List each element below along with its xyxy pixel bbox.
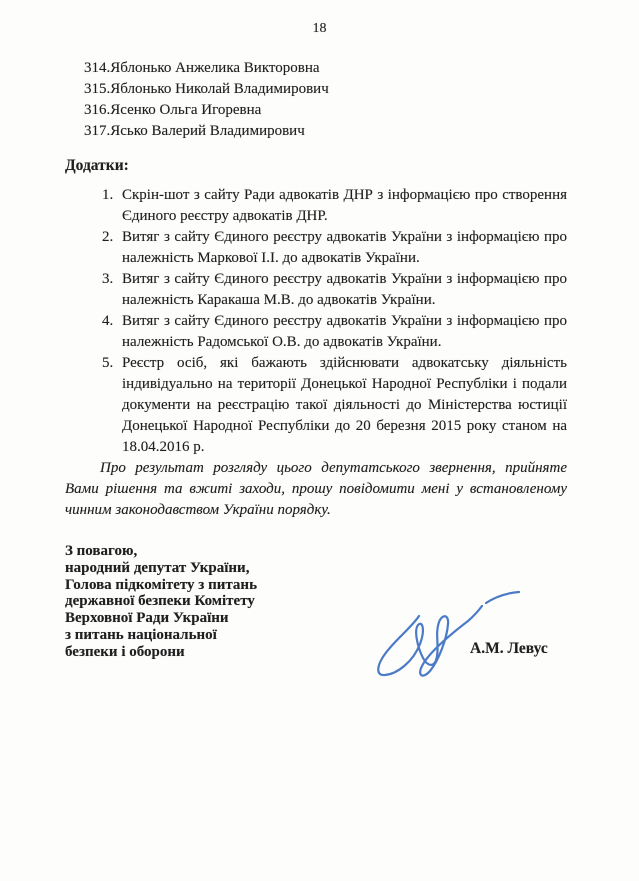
attachment-item: 3. Витяг з сайту Єдиного реєстру адвокат…	[102, 269, 567, 311]
signer-name: А.М. Левус	[470, 640, 548, 658]
handwritten-signature	[373, 578, 538, 683]
attachment-text: Реєстр осіб, які бажають здійснювати адв…	[122, 353, 567, 458]
attachments-heading: Додатки:	[65, 155, 567, 176]
attachment-item: 2. Витяг з сайту Єдиного реєстру адвокат…	[102, 227, 567, 269]
registry-name-entry: 315.Яблонько Николай Владимирович	[84, 79, 567, 100]
attachment-text: Витяг з сайту Єдиного реєстру адвокатів …	[122, 227, 567, 269]
signature-stroke-svg	[373, 578, 538, 683]
attachments-list: 1. Скрін-шот з сайту Ради адвокатів ДНР …	[102, 185, 567, 458]
registry-name-entry: 314.Яблонько Анжелика Викторовна	[84, 58, 567, 79]
document-page: 18 314.Яблонько Анжелика Викторовна 315.…	[0, 0, 639, 881]
attachment-number: 3.	[102, 269, 122, 311]
attachment-item: 1. Скрін-шот з сайту Ради адвокатів ДНР …	[102, 185, 567, 227]
attachment-item: 5. Реєстр осіб, які бажають здійснювати …	[102, 353, 567, 458]
attachment-text: Скрін-шот з сайту Ради адвокатів ДНР з і…	[122, 185, 567, 227]
attachment-text: Витяг з сайту Єдиного реєстру адвокатів …	[122, 311, 567, 353]
attachment-number: 5.	[102, 353, 122, 458]
attachment-number: 1.	[102, 185, 122, 227]
attachment-number: 2.	[102, 227, 122, 269]
registry-names-list: 314.Яблонько Анжелика Викторовна 315.Ябл…	[84, 58, 567, 142]
registry-name-entry: 317.Ясько Валерий Владимирович	[84, 121, 567, 142]
signature-title-line: народний депутат України,	[65, 560, 567, 577]
attachment-item: 4. Витяг з сайту Єдиного реєстру адвокат…	[102, 311, 567, 353]
attachment-text: Витяг з сайту Єдиного реєстру адвокатів …	[122, 269, 567, 311]
page-number: 18	[0, 0, 639, 36]
signature-title-line: З повагою,	[65, 543, 567, 560]
attachment-number: 4.	[102, 311, 122, 353]
registry-name-entry: 316.Ясенко Ольга Игоревна	[84, 100, 567, 121]
closing-paragraph: Про результат розгляду цього депутатсько…	[65, 458, 567, 521]
